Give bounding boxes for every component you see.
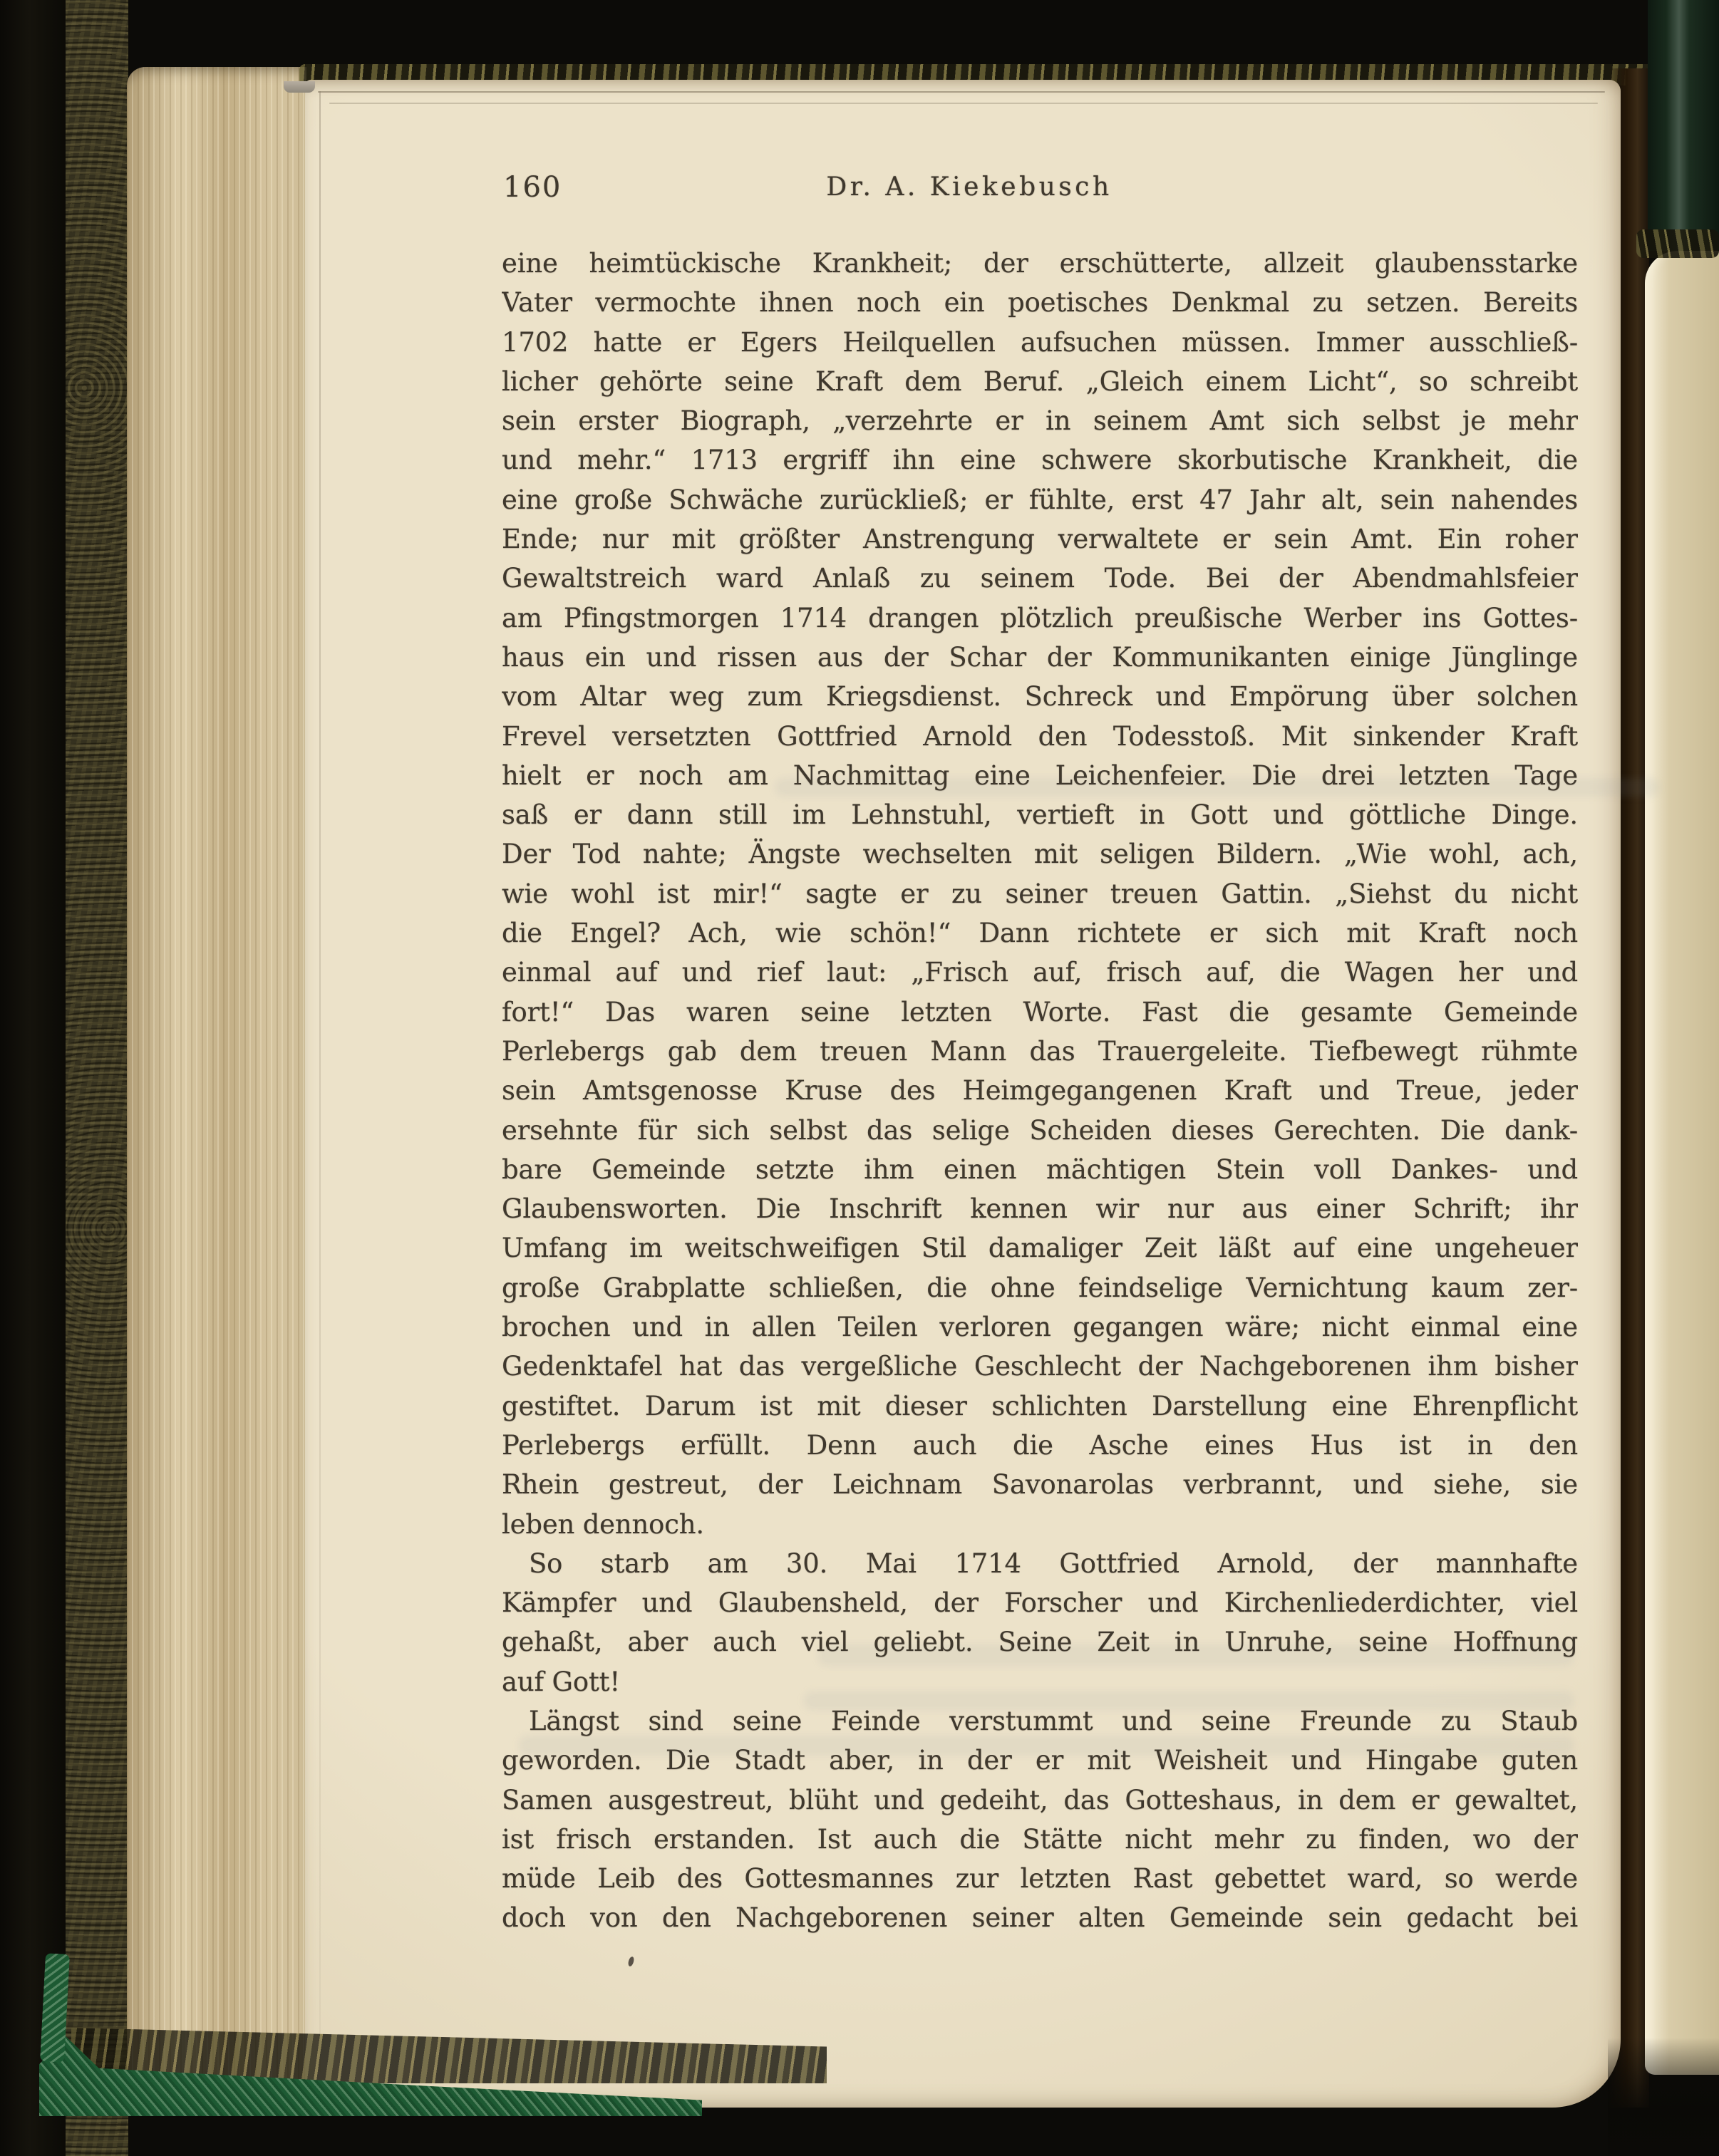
text-line: auf Gott! [502, 1662, 1578, 1701]
text-line: fort!“ Das waren seine letzten Worte. Fa… [502, 993, 1578, 1032]
page-stack-fore-edge [127, 67, 306, 2079]
text-line: Frevel versetzten Gottfried Arnold den T… [502, 717, 1578, 756]
text-line: Kämpfer und Glaubensheld, der Forscher u… [502, 1583, 1578, 1622]
text-line: ist frisch erstanden. Ist auch die Stätt… [502, 1820, 1578, 1859]
facing-page-edge [1645, 251, 1719, 2075]
text-line: bare Gemeinde setzte ihm einen mächtigen… [502, 1150, 1578, 1189]
paper-speck [627, 1956, 635, 1966]
page-number: 160 [503, 171, 562, 204]
text-line: Ende; nur mit größter Anstrengung verwal… [502, 519, 1578, 559]
text-line: Längst sind seine Feinde verstummt und s… [502, 1701, 1578, 1741]
text-line: saß er dann still im Lehnstuhl, vertieft… [502, 795, 1578, 834]
page-text: eine heimtückische Krankheit; der erschü… [502, 244, 1578, 1938]
text-line: Der Tod nahte; Ängste wechselten mit sel… [502, 834, 1578, 874]
text-line: 1702 hatte er Egers Heilquellen aufsuche… [502, 323, 1578, 362]
text-line: Gewaltstreich ward Anlaß zu seinem Tode.… [502, 559, 1578, 598]
running-header: Dr. A. Kiekebusch [698, 172, 1240, 202]
top-right-cover [1648, 0, 1719, 251]
top-right-cover-edge [1636, 229, 1719, 258]
text-line: eine heimtückische Krankheit; der erschü… [502, 244, 1578, 283]
bottom-right-shadow [1608, 2038, 1719, 2156]
text-line: eine große Schwäche zurückließ; er fühlt… [502, 480, 1578, 519]
text-line: am Pfingstmorgen 1714 drangen plötzlich … [502, 598, 1578, 638]
text-line: doch von den Nachgeborenen seiner alten … [502, 1898, 1578, 1937]
page-edge-tab [284, 81, 315, 93]
text-line: Rhein gestreut, der Leichnam Savonarolas… [502, 1465, 1578, 1504]
text-line: die Engel? Ach, wie schön!“ Dann richtet… [502, 913, 1578, 953]
under-page-edge-line [318, 91, 1605, 93]
text-line: Umfang im weitschweifigen Stil damaliger… [502, 1228, 1578, 1268]
text-line: einmal auf und rief laut: „Frisch auf, f… [502, 953, 1578, 992]
under-page-edge-line [329, 103, 1598, 104]
text-line: brochen und in allen Teilen verloren geg… [502, 1307, 1578, 1347]
text-line: licher gehörte seine Kraft dem Beruf. „G… [502, 362, 1578, 401]
book-photo: 160 Dr. A. Kiekebusch eine heimtückische… [0, 0, 1719, 2156]
text-line: Samen ausgestreut, blüht und gedeiht, da… [502, 1781, 1578, 1820]
text-line: große Grabplatte schließen, die ohne fei… [502, 1268, 1578, 1307]
text-line: Perlebergs erfüllt. Denn auch die Asche … [502, 1426, 1578, 1465]
text-line: Gedenktafel hat das vergeßliche Geschlec… [502, 1347, 1578, 1386]
text-line: leben dennoch. [502, 1505, 1578, 1544]
text-line: So starb am 30. Mai 1714 Gottfried Arnol… [502, 1544, 1578, 1583]
page-sheet: 160 Dr. A. Kiekebusch eine heimtückische… [305, 80, 1621, 2108]
cover-board-edge [66, 0, 128, 2156]
text-line: vom Altar weg zum Kriegsdienst. Schreck … [502, 677, 1578, 716]
text-line: Vater vermochte ihnen noch ein poetische… [502, 283, 1578, 322]
text-line: ersehnte für sich selbst das selige Sche… [502, 1111, 1578, 1150]
text-line: gehaßt, aber auch viel geliebt. Seine Ze… [502, 1622, 1578, 1662]
text-line: gestiftet. Darum ist mit dieser schlicht… [502, 1387, 1578, 1426]
text-line: wie wohl ist mir!“ sagte er zu seiner tr… [502, 874, 1578, 913]
text-line: Perlebergs gab dem treuen Mann das Traue… [502, 1032, 1578, 1071]
text-line: geworden. Die Stadt aber, in der er mit … [502, 1741, 1578, 1780]
text-line: müde Leib des Gottesmannes zur letzten R… [502, 1859, 1578, 1898]
text-line: Glaubensworten. Die Inschrift kennen wir… [502, 1189, 1578, 1228]
under-page-edge-line [319, 91, 321, 2072]
text-line: sein Amtsgenosse Kruse des Heimgegangene… [502, 1071, 1578, 1110]
front-cover-face [0, 0, 66, 2156]
text-line: und mehr.“ 1713 ergriff ihn eine schwere… [502, 440, 1578, 480]
text-line: haus ein und rissen aus der Schar der Ko… [502, 638, 1578, 677]
text-line: sein erster Biograph, „verzehrte er in s… [502, 401, 1578, 440]
text-line: hielt er noch am Nachmittag eine Leichen… [502, 756, 1578, 795]
